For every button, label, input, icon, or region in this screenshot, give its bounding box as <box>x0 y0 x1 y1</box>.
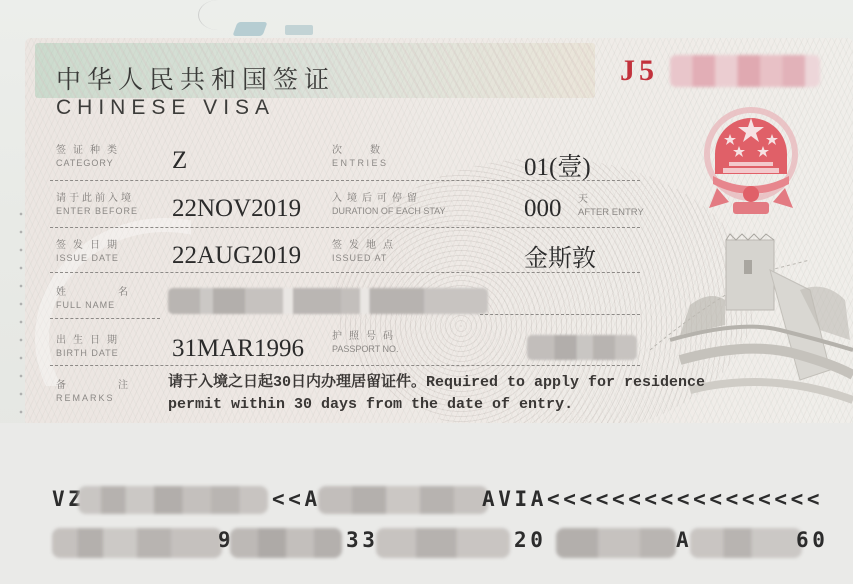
mrz-redaction <box>230 528 342 558</box>
remarks-label-cn: 备注 <box>56 376 180 391</box>
page-edge-mark <box>198 0 238 30</box>
issued-at-value: 金斯敦 <box>524 238 596 273</box>
birth-date-label: 出生日期 BIRTH DATE <box>56 331 124 358</box>
visa-title-chinese: 中华人民共和国签证 <box>56 60 335 96</box>
row-divider <box>50 365 640 366</box>
remarks-line-1: 请于入境之日起30日内办理居留证件。Required to apply for … <box>168 372 705 394</box>
stain-mark <box>285 25 313 35</box>
duration-label-en: DURATION OF EACH STAY <box>332 206 446 216</box>
birth-date-value: 31MAR1996 <box>172 335 304 363</box>
duration-label: 入境后可停留 DURATION OF EACH STAY <box>332 189 446 216</box>
issued-at-label-en: ISSUED AT <box>332 253 400 263</box>
enter-before-label-en: ENTER BEFORE <box>56 206 138 216</box>
stain-mark <box>232 22 267 36</box>
enter-before-value: 22NOV2019 <box>172 195 301 223</box>
mrz-redaction <box>556 528 676 558</box>
duration-unit: 天 AFTER ENTRY <box>578 190 644 218</box>
birth-date-label-en: BIRTH DATE <box>56 348 124 358</box>
duration-unit-en: AFTER ENTRY <box>578 207 644 218</box>
visa-number: J5 <box>620 54 658 88</box>
row-divider <box>50 227 640 228</box>
duration-unit-cn: 天 <box>578 190 644 205</box>
remarks-label-en: REMARKS <box>56 393 180 403</box>
issue-date-label-cn: 签发日期 <box>56 236 124 251</box>
row-divider <box>50 180 640 181</box>
issue-date-label: 签发日期 ISSUE DATE <box>56 236 124 263</box>
category-label-cn: 签证种类 <box>56 141 124 156</box>
mrz-redaction <box>78 486 268 514</box>
mrz-line-1-mid: <<A <box>272 487 321 511</box>
duration-value: 000 <box>524 195 562 223</box>
category-label-en: CATEGORY <box>56 158 124 168</box>
mrz-redaction <box>376 528 510 558</box>
full-name-label-en: FULL NAME <box>56 300 180 310</box>
category-value: Z <box>172 147 187 175</box>
passport-no-label-cn: 护照号码 <box>332 327 400 342</box>
issue-date-label-en: ISSUE DATE <box>56 253 124 263</box>
row-divider <box>480 314 640 315</box>
passport-no-label: 护照号码 PASSPORT NO. <box>332 327 400 354</box>
entries-label-en: ENTRIES <box>332 158 408 168</box>
mrz-line-2-end: 60 <box>796 528 829 552</box>
mrz-line-2-part: 33 <box>346 528 379 552</box>
visa-title-english: CHINESE VISA <box>56 96 275 120</box>
remarks-line-2: permit within 30 days from the date of e… <box>168 394 705 416</box>
visa-number-redaction <box>670 55 820 87</box>
enter-before-label: 请于此前入境 ENTER BEFORE <box>56 189 138 216</box>
row-divider <box>50 318 160 319</box>
birth-date-label-cn: 出生日期 <box>56 331 124 346</box>
mrz-redaction <box>318 486 488 514</box>
entries-value: 01(壹) <box>524 147 591 183</box>
duration-label-cn: 入境后可停留 <box>332 189 446 204</box>
category-label: 签证种类 CATEGORY <box>56 141 124 168</box>
full-name-redaction <box>168 288 488 314</box>
full-name-label: 姓名 FULL NAME <box>56 283 180 310</box>
issued-at-label: 签发地点 ISSUED AT <box>332 236 400 263</box>
row-divider <box>50 272 640 273</box>
entries-label: 次数 ENTRIES <box>332 141 408 168</box>
full-name-label-cn: 姓名 <box>56 283 180 298</box>
issued-at-label-cn: 签发地点 <box>332 236 400 251</box>
remarks-label: 备注 REMARKS <box>56 376 180 403</box>
issue-date-value: 22AUG2019 <box>172 242 301 270</box>
mrz-redaction <box>52 528 222 558</box>
mrz-line-1-end: AVIA<<<<<<<<<<<<<<<<< <box>482 487 823 511</box>
mrz-redaction <box>690 528 802 558</box>
entries-label-cn: 次数 <box>332 141 408 156</box>
enter-before-label-cn: 请于此前入境 <box>56 189 138 204</box>
remarks-text: 请于入境之日起30日内办理居留证件。Required to apply for … <box>168 372 705 416</box>
mrz-line-2-part: 20 <box>514 528 547 552</box>
passport-no-redaction <box>527 335 637 360</box>
national-emblem-icon <box>703 104 799 222</box>
passport-no-label-en: PASSPORT NO. <box>332 344 400 354</box>
